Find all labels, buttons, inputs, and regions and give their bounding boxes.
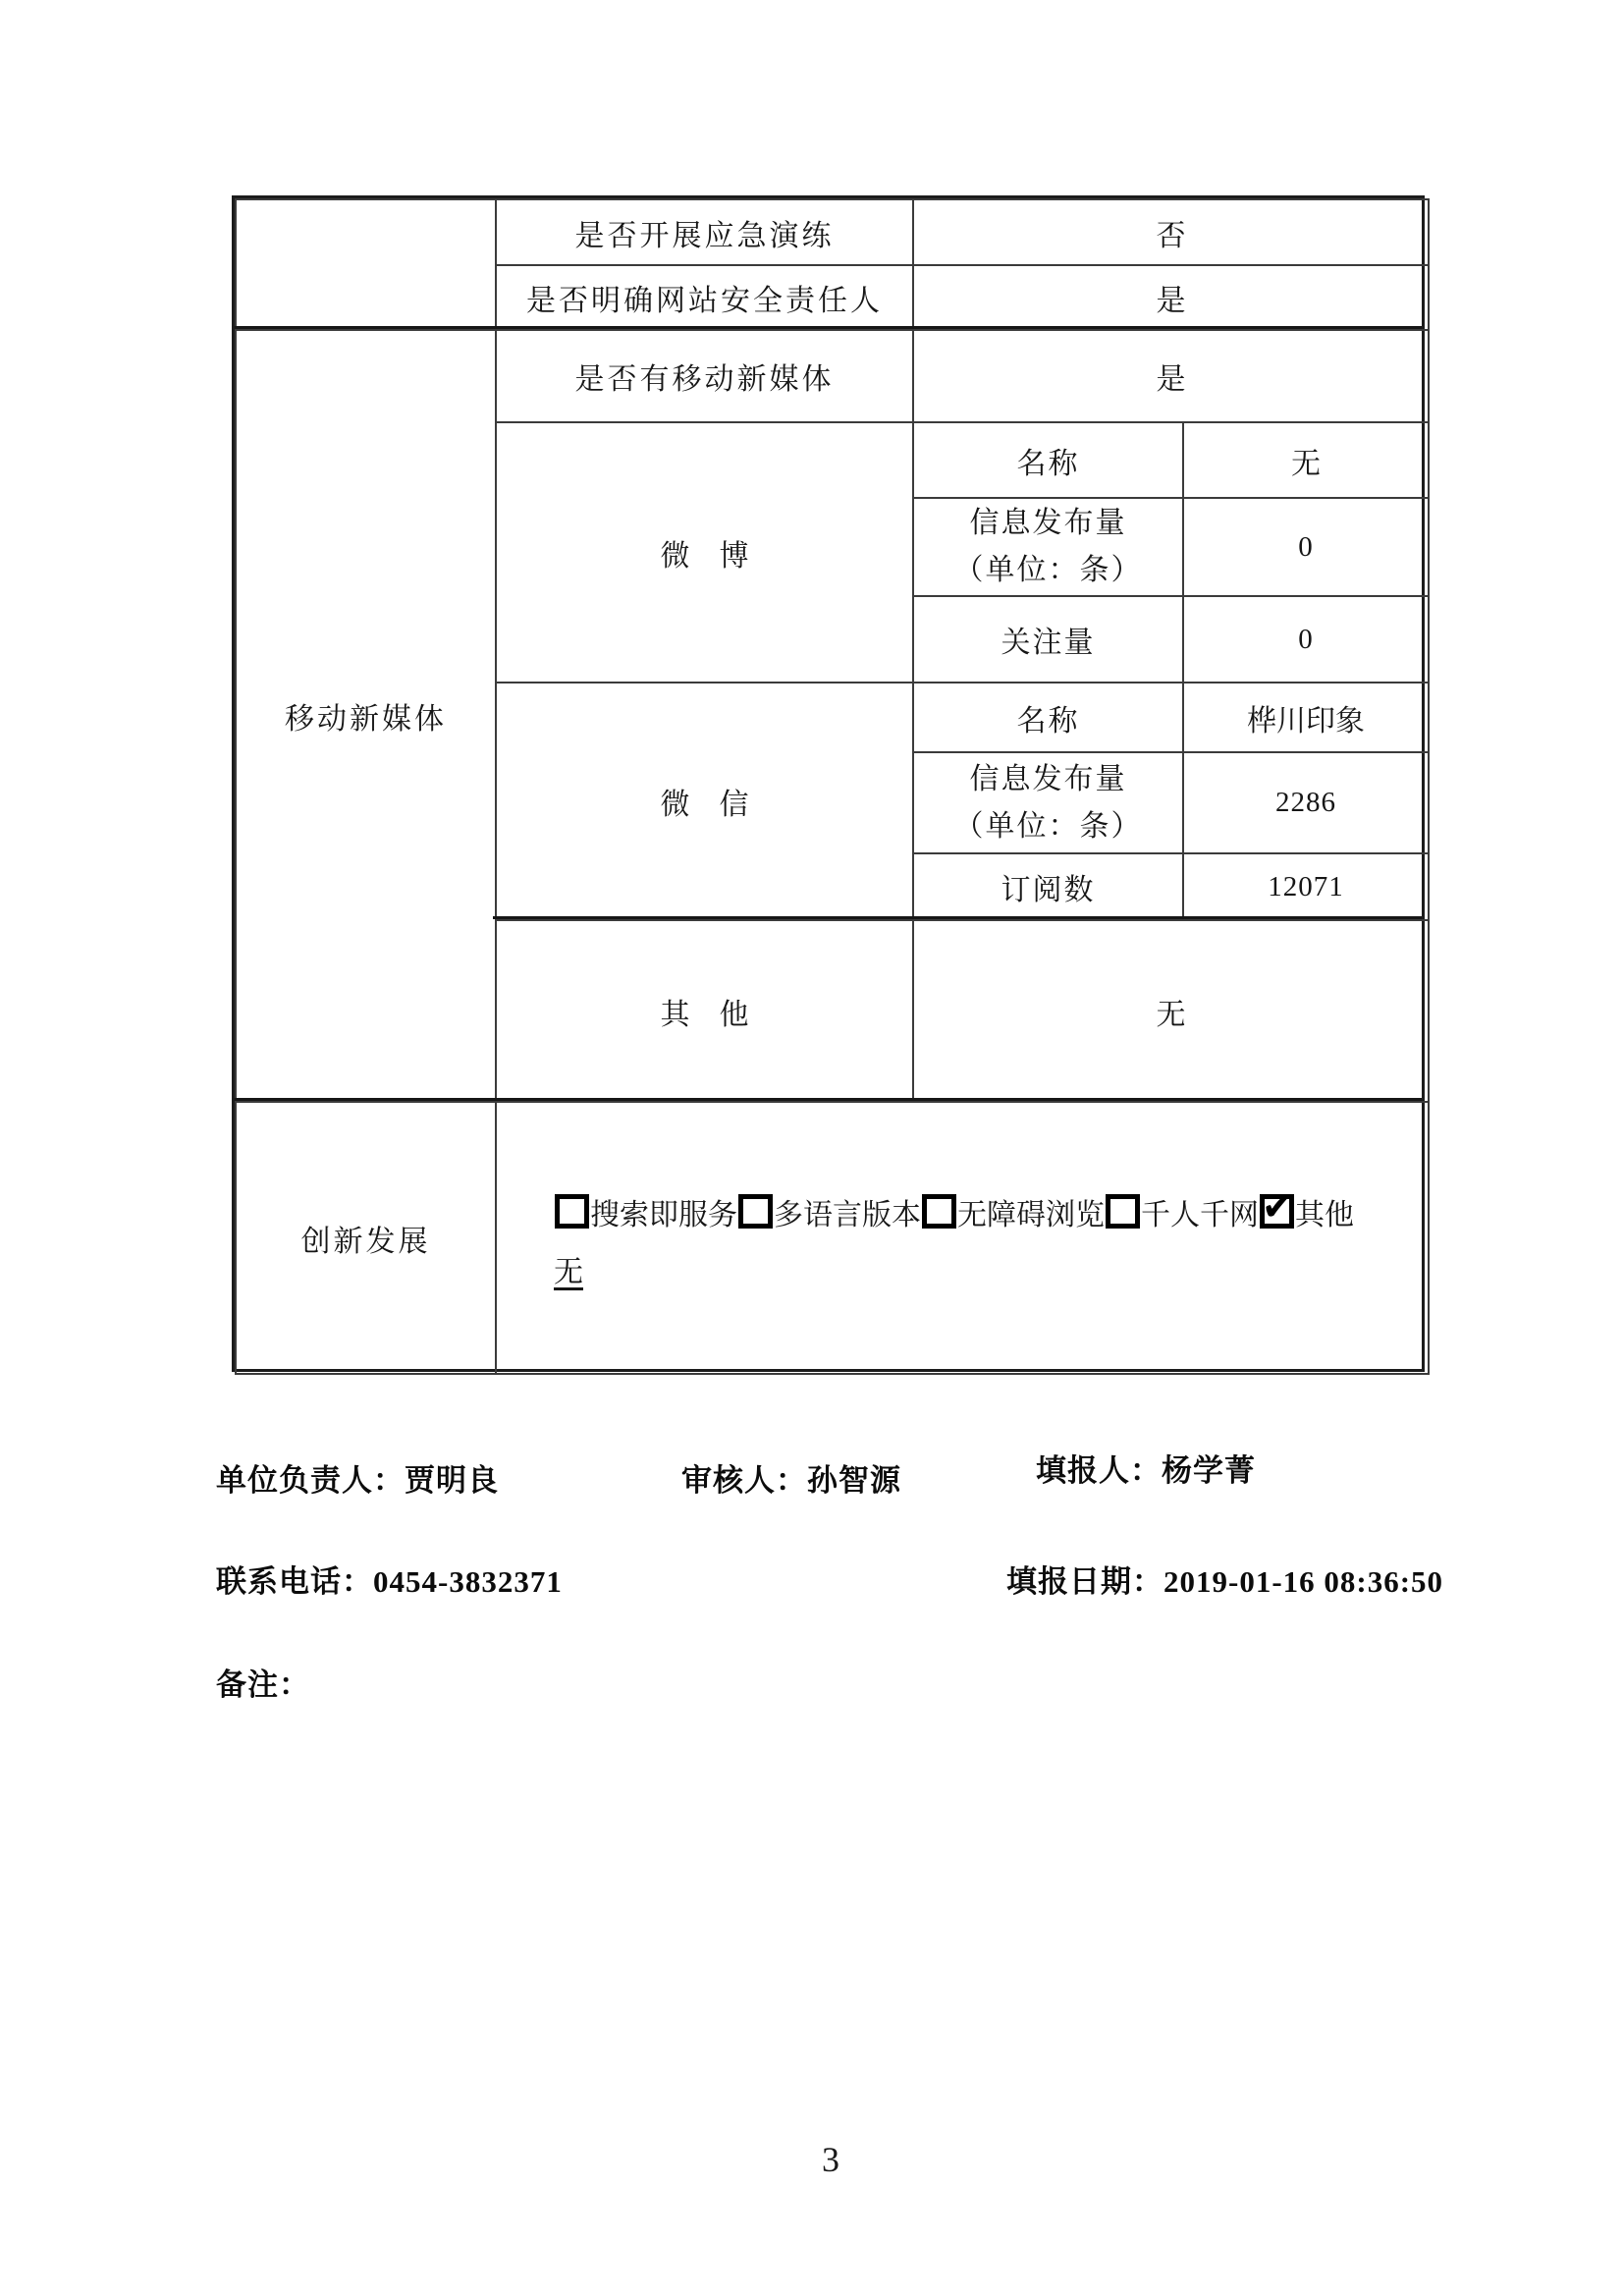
emergency-drill-label: 是否开展应急演练 <box>495 198 914 266</box>
wechat-posts-value: 2286 <box>1182 751 1430 854</box>
security-officer-label: 是否明确网站安全责任人 <box>495 264 914 331</box>
wechat-posts-label-line2: （单位：条） <box>954 803 1143 850</box>
section-label-innovation: 创新发展 <box>235 1101 497 1375</box>
weibo-posts-value: 0 <box>1182 497 1430 597</box>
wechat-subscribers-label: 订阅数 <box>912 852 1184 921</box>
phone-value: 0454-3832371 <box>373 1564 563 1599</box>
wechat-posts-label-line1: 信息发布量 <box>970 756 1127 803</box>
weibo-followers-value: 0 <box>1182 595 1430 683</box>
section-divider-line <box>235 326 1422 329</box>
innovation-options-row: 搜索即服务多语言版本无障碍浏览千人千网其他 <box>554 1187 1354 1244</box>
section-divider-line <box>493 916 1422 919</box>
reviewer-label: 审核人： <box>681 1463 807 1498</box>
unit-head-name: 贾明良 <box>405 1463 499 1498</box>
innovation-option-label: 搜索即服务 <box>590 1199 737 1231</box>
section-divider-line <box>235 1098 1422 1101</box>
wechat-label: 微 信 <box>495 682 914 921</box>
wechat-posts-label: 信息发布量 （单位：条） <box>912 751 1184 854</box>
weibo-posts-label-line2: （单位：条） <box>954 547 1143 594</box>
weibo-posts-label: 信息发布量 （单位：条） <box>912 497 1184 597</box>
wechat-subscribers-value: 12071 <box>1182 852 1430 921</box>
innovation-option-label: 无障碍浏览 <box>957 1199 1105 1231</box>
report-table: 移动新媒体 创新发展 是否开展应急演练 否 是否明确网站安全责任人 是 是否有移… <box>232 195 1425 1372</box>
report-page: 移动新媒体 创新发展 是否开展应急演练 否 是否明确网站安全责任人 是 是否有移… <box>0 0 1623 2296</box>
has-mobile-media-value: 是 <box>912 329 1430 423</box>
checkbox-unchecked-icon <box>738 1194 773 1229</box>
remarks-line: 备注： <box>216 1660 310 1704</box>
checkbox-unchecked-icon <box>1106 1194 1140 1229</box>
wechat-name-value: 桦川印象 <box>1182 682 1430 753</box>
phone-label: 联系电话： <box>216 1564 373 1599</box>
emergency-drill-value: 否 <box>912 198 1430 266</box>
report-date-line: 填报日期：2019-01-16 08:36:50 <box>1006 1557 1443 1601</box>
remarks-label: 备注： <box>216 1667 310 1702</box>
checkbox-checked-icon <box>1260 1194 1294 1229</box>
filler-label: 填报人： <box>1036 1453 1162 1488</box>
innovation-content: 搜索即服务多语言版本无障碍浏览千人千网其他 无 <box>554 1187 1354 1301</box>
left-empty-cell <box>235 198 497 331</box>
security-officer-value: 是 <box>912 264 1430 331</box>
unit-head-line: 单位负责人：贾明良 <box>216 1455 499 1500</box>
phone-line: 联系电话：0454-3832371 <box>216 1557 563 1601</box>
weibo-posts-label-line1: 信息发布量 <box>970 500 1127 547</box>
filler-name: 杨学菁 <box>1162 1453 1256 1488</box>
innovation-option-label: 多语言版本 <box>774 1199 921 1231</box>
innovation-other-detail: 无 <box>554 1244 1354 1301</box>
section-label-mobile-media: 移动新媒体 <box>235 329 497 1103</box>
report-date-value: 2019-01-16 08:36:50 <box>1163 1564 1443 1599</box>
other-media-value: 无 <box>912 919 1430 1103</box>
filler-line: 填报人：杨学菁 <box>1036 1446 1256 1490</box>
other-media-label: 其 他 <box>495 919 914 1103</box>
report-date-label: 填报日期： <box>1006 1564 1163 1599</box>
reviewer-name: 孙智源 <box>807 1463 901 1498</box>
page-number: 3 <box>791 2139 870 2180</box>
weibo-name-label: 名称 <box>912 421 1184 499</box>
innovation-option-label: 其他 <box>1295 1199 1354 1231</box>
has-mobile-media-label: 是否有移动新媒体 <box>495 329 914 423</box>
innovation-content-cell: 搜索即服务多语言版本无障碍浏览千人千网其他 无 <box>495 1101 1430 1375</box>
innovation-option-label: 千人千网 <box>1141 1199 1259 1231</box>
checkbox-unchecked-icon <box>555 1194 589 1229</box>
reviewer-line: 审核人：孙智源 <box>681 1455 901 1500</box>
unit-head-label: 单位负责人： <box>216 1463 405 1498</box>
wechat-name-label: 名称 <box>912 682 1184 753</box>
checkbox-unchecked-icon <box>922 1194 956 1229</box>
weibo-name-value: 无 <box>1182 421 1430 499</box>
weibo-label: 微 博 <box>495 421 914 683</box>
weibo-followers-label: 关注量 <box>912 595 1184 683</box>
